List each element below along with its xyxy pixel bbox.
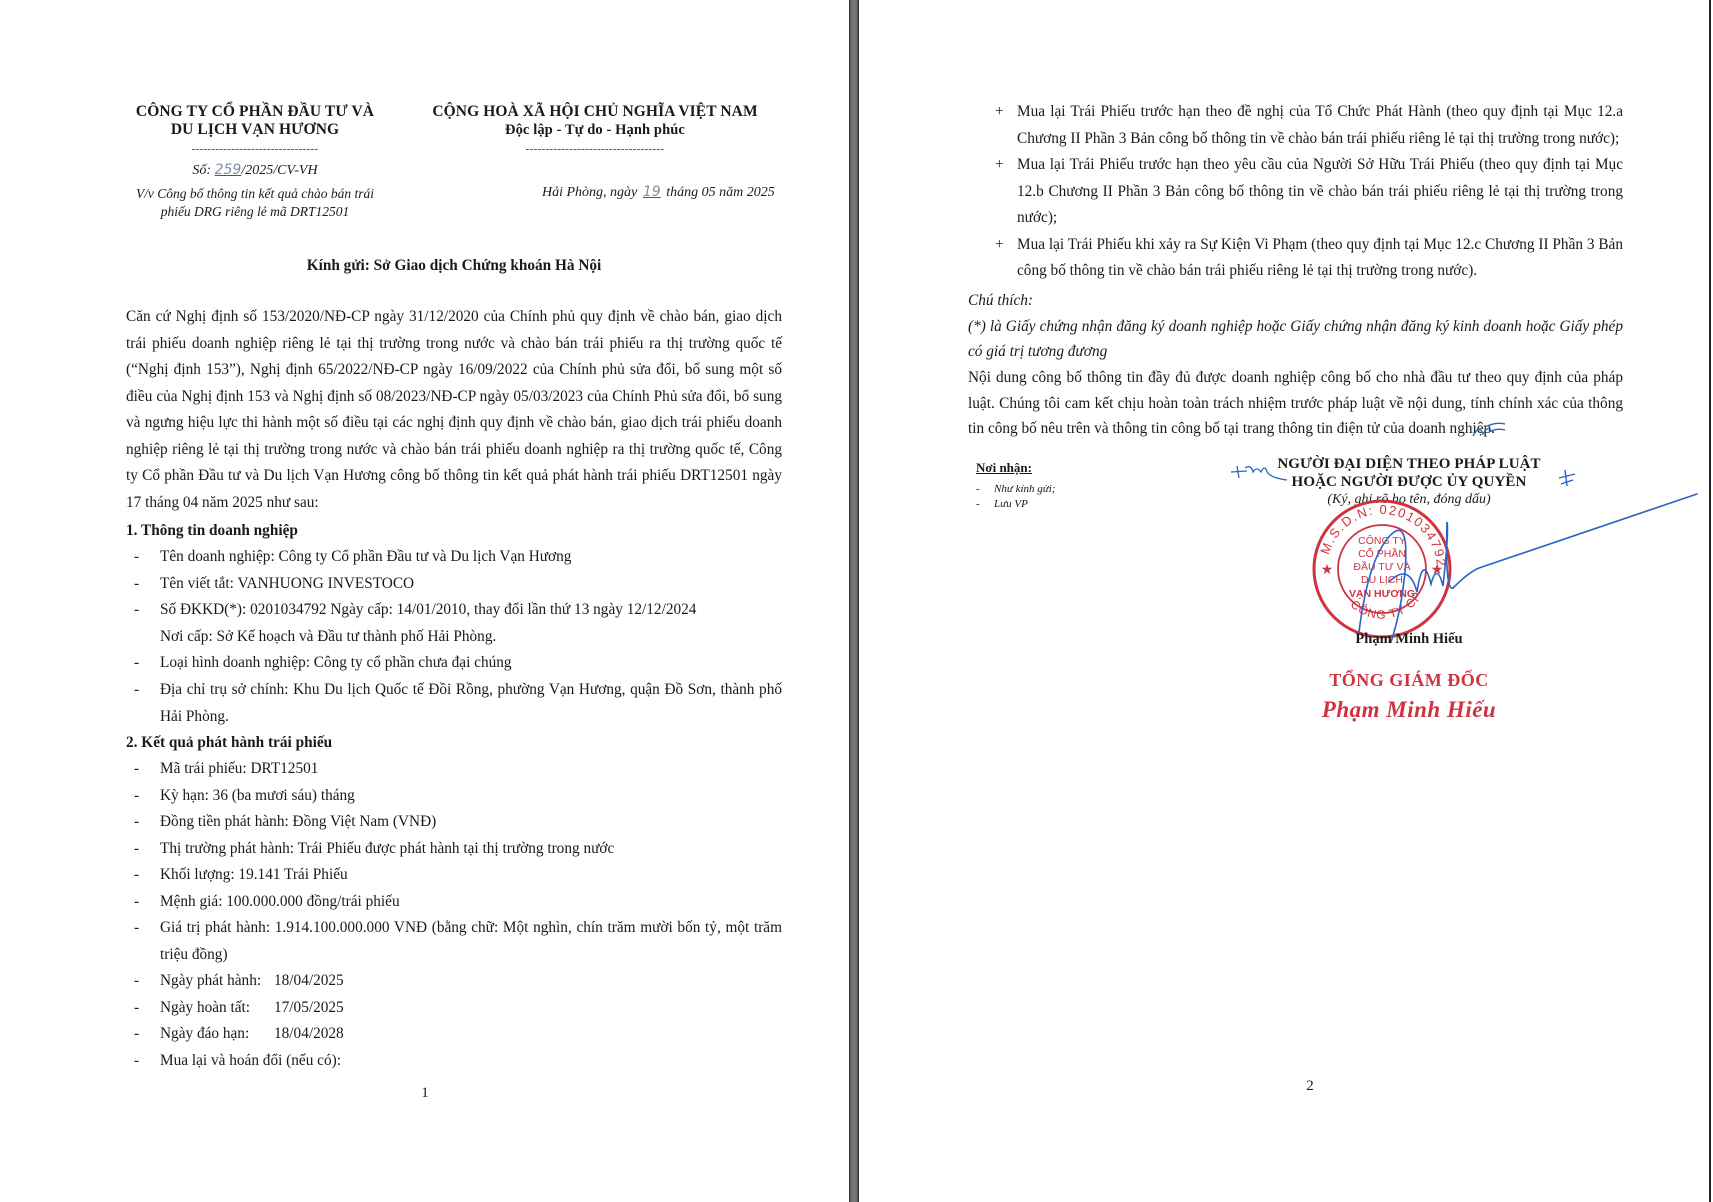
svg-text:★: ★: [1321, 563, 1334, 578]
addressee: Kính gửi: Sở Giao dịch Chứng khoán Hà Nộ…: [126, 255, 782, 277]
signatory-title-line2: HOẶC NGƯỜI ĐƯỢC ỦY QUYỀN: [1259, 474, 1559, 492]
national-motto: Độc lập - Tự do - Hạnh phúc: [420, 121, 770, 139]
page-number: 1: [400, 1085, 450, 1102]
signature-icon: [1339, 492, 1699, 652]
handwritten-doc-number: 259: [215, 162, 242, 178]
signatory-name: Phạm Minh Hiếu: [1309, 630, 1509, 648]
recipients: Nơi nhận: -Như kính gửi; -Lưu VP: [976, 460, 1056, 512]
initials-mark-icon: [1555, 466, 1579, 490]
buyback-item: +Mua lại Trái Phiếu trước hạn theo đề ng…: [995, 99, 1623, 152]
buyback-item: +Mua lại Trái Phiếu trước hạn theo yêu c…: [995, 152, 1623, 232]
note-text: (*) là Giấy chứng nhận đăng ký doanh ngh…: [968, 314, 1623, 364]
national-title: CỘNG HOÀ XÃ HỘI CHỦ NGHĨA VIỆT NAM: [420, 103, 770, 121]
recipients-title: Nơi nhận:: [976, 460, 1056, 476]
page-right-border: [1709, 0, 1711, 1202]
name-stamp: Phạm Minh Hiếu: [1259, 695, 1559, 725]
handwritten-day: 19: [641, 183, 663, 201]
document-subject: V/v Công bố thông tin kết quả chào bán t…: [115, 185, 395, 221]
section-1-title: 1. Thông tin doanh nghiệp: [126, 518, 298, 545]
company-header: CÔNG TY CỔ PHẦN ĐẦU TƯ VÀ DU LỊCH VẠN HƯ…: [120, 103, 390, 179]
title-stamp: TỔNG GIÁM ĐỐC: [1279, 669, 1539, 691]
document-page-2: +Mua lại Trái Phiếu trước hạn theo đề ng…: [859, 0, 1711, 1202]
initials-mark-icon: [1229, 460, 1289, 482]
commitment-paragraph: Nội dung công bố thông tin đầy đủ được d…: [968, 365, 1623, 442]
header-divider: --------------------------------: [120, 144, 390, 154]
initials-signature-icon: [1471, 420, 1507, 440]
note-label: Chú thích:: [968, 289, 1033, 314]
buyback-list: +Mua lại Trái Phiếu trước hạn theo đề ng…: [995, 99, 1623, 285]
recipient-item: -Lưu VP: [976, 497, 1056, 512]
section-2-title: 2. Kết quả phát hành trái phiếu: [126, 730, 332, 757]
intro-paragraph: Căn cứ Nghị định số 153/2020/NĐ-CP ngày …: [126, 304, 782, 516]
issued-by: Nơi cấp: Sở Kế hoạch và Đầu tư thành phố…: [160, 624, 496, 651]
document-page-1: CÔNG TY CỔ PHẦN ĐẦU TƯ VÀ DU LỊCH VẠN HƯ…: [0, 0, 849, 1202]
page-divider: [849, 0, 859, 1202]
company-name-line1: CÔNG TY CỔ PHẦN ĐẦU TƯ VÀ: [120, 103, 390, 121]
company-name-line2: DU LỊCH VẠN HƯƠNG: [120, 121, 390, 139]
page-number: 2: [1295, 1078, 1325, 1095]
document-date: Hải Phòng, ngày 19 tháng 05 năm 2025: [542, 183, 792, 202]
buyback-item: +Mua lại Trái Phiếu khi xảy ra Sự Kiện V…: [995, 232, 1623, 285]
signatory-title-line1: NGƯỜI ĐẠI DIỆN THEO PHÁP LUẬT: [1259, 456, 1559, 474]
national-divider: -----------------------------------: [420, 144, 770, 154]
document-number: Số: 259/2025/CV-VH: [120, 162, 390, 179]
recipient-item: -Như kính gửi;: [976, 482, 1056, 497]
national-header: CỘNG HOÀ XÃ HỘI CHỦ NGHĨA VIỆT NAM Độc l…: [420, 103, 770, 154]
